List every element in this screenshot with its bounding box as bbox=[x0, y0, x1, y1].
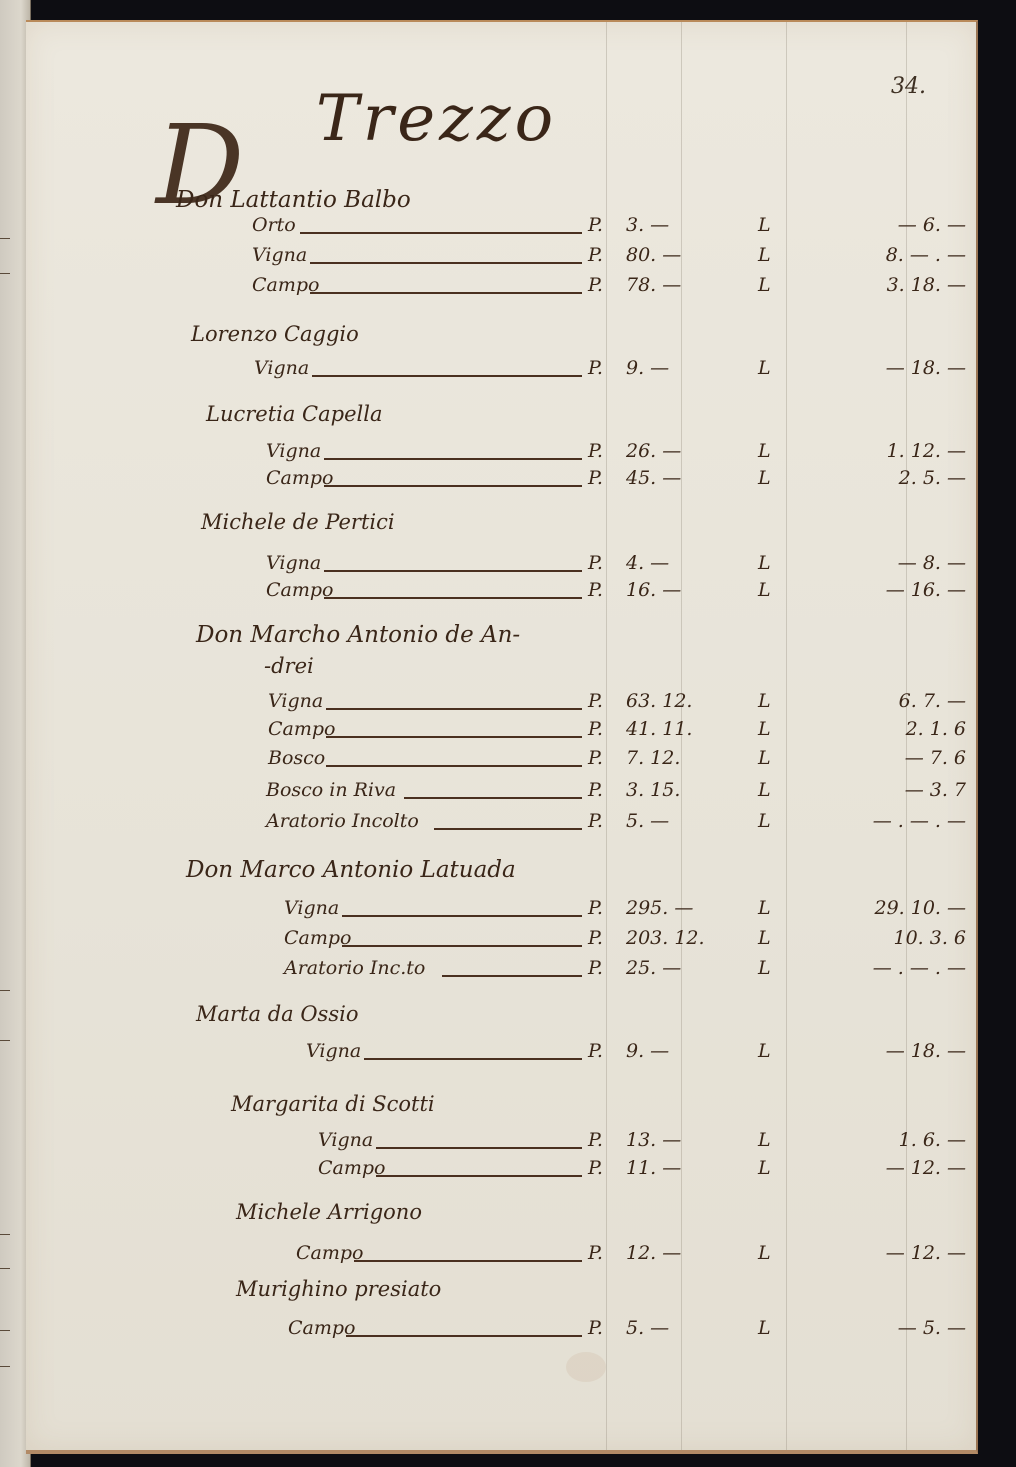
leader-line bbox=[434, 828, 582, 830]
facing-page-mark bbox=[0, 990, 10, 991]
area-amount: 12. — bbox=[626, 1242, 746, 1264]
leader-line bbox=[324, 485, 582, 487]
value-amount: 1. 6. — bbox=[816, 1129, 966, 1151]
lire-unit: L bbox=[758, 440, 771, 462]
facing-page-mark bbox=[0, 1366, 10, 1367]
pertiche-unit: P. bbox=[588, 552, 603, 574]
leader-line bbox=[442, 975, 582, 977]
land-type: Vigna bbox=[266, 552, 321, 574]
lire-unit: L bbox=[758, 1040, 771, 1062]
leader-line bbox=[310, 292, 582, 294]
pertiche-unit: P. bbox=[588, 1157, 603, 1179]
value-amount: — 8. — bbox=[816, 552, 966, 574]
area-amount: 45. — bbox=[626, 467, 746, 489]
value-amount: 29. 10. — bbox=[816, 897, 966, 919]
ledger-row: CampoP.12. —L— 12. — bbox=[26, 1242, 976, 1270]
area-amount: 26. — bbox=[626, 440, 746, 462]
land-type: Orto bbox=[252, 214, 296, 236]
value-amount: — 7. 6 bbox=[816, 747, 966, 769]
area-amount: 7. 12. bbox=[626, 747, 746, 769]
area-amount: 4. — bbox=[626, 552, 746, 574]
facing-page-mark bbox=[0, 238, 10, 239]
lire-unit: L bbox=[758, 1317, 771, 1339]
manuscript-page: 34. D Trezzo Don Lattantio BalboOrtoP.3.… bbox=[26, 20, 978, 1454]
leader-line bbox=[342, 915, 582, 917]
leader-line bbox=[354, 1260, 582, 1262]
ledger-row: CampoP.203. 12.L10. 3. 6 bbox=[26, 927, 976, 955]
facing-page-mark bbox=[0, 273, 10, 274]
leader-line bbox=[324, 570, 582, 572]
ledger-row: CampoP.16. —L— 16. — bbox=[26, 579, 976, 607]
area-amount: 16. — bbox=[626, 579, 746, 601]
land-type: Vigna bbox=[318, 1129, 373, 1151]
paper-stain bbox=[566, 1352, 606, 1382]
lire-unit: L bbox=[758, 810, 771, 832]
value-amount: — 5. — bbox=[816, 1317, 966, 1339]
owner-name: Don Marco Antonio Latuada bbox=[186, 857, 516, 883]
value-amount: — 12. — bbox=[816, 1242, 966, 1264]
land-type: Vigna bbox=[284, 897, 339, 919]
land-type: Vigna bbox=[254, 357, 309, 379]
pertiche-unit: P. bbox=[588, 440, 603, 462]
value-amount: — 16. — bbox=[816, 579, 966, 601]
value-amount: — 18. — bbox=[816, 1040, 966, 1062]
area-amount: 9. — bbox=[626, 357, 746, 379]
ledger-row: VignaP.4. —L— 8. — bbox=[26, 552, 976, 580]
leader-line bbox=[364, 1058, 582, 1060]
lire-unit: L bbox=[758, 718, 771, 740]
lire-unit: L bbox=[758, 214, 771, 236]
facing-page-mark bbox=[0, 1234, 10, 1235]
lire-unit: L bbox=[758, 957, 771, 979]
land-type: Aratorio Incolto bbox=[266, 810, 419, 832]
lire-unit: L bbox=[758, 1242, 771, 1264]
folio-number: 34. bbox=[891, 74, 926, 99]
pertiche-unit: P. bbox=[588, 1242, 603, 1264]
pertiche-unit: P. bbox=[588, 579, 603, 601]
land-type: Bosco bbox=[268, 747, 325, 769]
leader-line bbox=[326, 736, 582, 738]
land-type: Aratorio Inc.to bbox=[284, 957, 425, 979]
value-amount: — 18. — bbox=[816, 357, 966, 379]
ledger-row: VignaP.295. —L29. 10. — bbox=[26, 897, 976, 925]
facing-page-mark bbox=[0, 1268, 10, 1269]
area-amount: 9. — bbox=[626, 1040, 746, 1062]
value-amount: 8. — . — bbox=[816, 244, 966, 266]
lire-unit: L bbox=[758, 779, 771, 801]
value-amount: 2. 5. — bbox=[816, 467, 966, 489]
leader-line bbox=[324, 458, 582, 460]
lire-unit: L bbox=[758, 467, 771, 489]
ledger-row: OrtoP.3. —L— 6. — bbox=[26, 214, 976, 242]
area-amount: 203. 12. bbox=[626, 927, 746, 949]
owner-name: Michele Arrigono bbox=[236, 1200, 422, 1224]
leader-line bbox=[326, 765, 582, 767]
ledger-row: VignaP.63. 12.L6. 7. — bbox=[26, 690, 976, 718]
lire-unit: L bbox=[758, 897, 771, 919]
page-heading: Trezzo bbox=[316, 82, 557, 156]
ledger-row: VignaP.26. —L1. 12. — bbox=[26, 440, 976, 468]
pertiche-unit: P. bbox=[588, 1040, 603, 1062]
ledger-row: CampoP.11. —L— 12. — bbox=[26, 1157, 976, 1185]
ledger-row: Aratorio IncoltoP.5. —L— . — . — bbox=[26, 810, 976, 838]
value-amount: 6. 7. — bbox=[816, 690, 966, 712]
leader-line bbox=[310, 262, 582, 264]
pertiche-unit: P. bbox=[588, 897, 603, 919]
owner-name: Murighino presiato bbox=[236, 1277, 441, 1301]
area-amount: 5. — bbox=[626, 810, 746, 832]
pertiche-unit: P. bbox=[588, 690, 603, 712]
pertiche-unit: P. bbox=[588, 810, 603, 832]
pertiche-unit: P. bbox=[588, 357, 603, 379]
leader-line bbox=[346, 1335, 582, 1337]
value-amount: 3. 18. — bbox=[816, 274, 966, 296]
value-amount: 1. 12. — bbox=[816, 440, 966, 462]
owner-name-continuation: -drei bbox=[264, 654, 314, 678]
ledger-row: Bosco in RivaP.3. 15.L— 3. 7 bbox=[26, 779, 976, 807]
land-type: Vigna bbox=[266, 440, 321, 462]
area-amount: 5. — bbox=[626, 1317, 746, 1339]
lire-unit: L bbox=[758, 1129, 771, 1151]
value-amount: 10. 3. 6 bbox=[816, 927, 966, 949]
area-amount: 3. — bbox=[626, 214, 746, 236]
area-amount: 78. — bbox=[626, 274, 746, 296]
lire-unit: L bbox=[758, 552, 771, 574]
leader-line bbox=[300, 232, 582, 234]
facing-page-mark bbox=[0, 1040, 10, 1041]
leader-line bbox=[324, 597, 582, 599]
lire-unit: L bbox=[758, 244, 771, 266]
ledger-row: VignaP.9. —L— 18. — bbox=[26, 1040, 976, 1068]
leader-line bbox=[342, 945, 582, 947]
ledger-row: VignaP.9. —L— 18. — bbox=[26, 357, 976, 385]
lire-unit: L bbox=[758, 1157, 771, 1179]
pertiche-unit: P. bbox=[588, 1317, 603, 1339]
area-amount: 80. — bbox=[626, 244, 746, 266]
owner-name: Don Marcho Antonio de An- bbox=[196, 622, 520, 648]
land-type: Vigna bbox=[306, 1040, 361, 1062]
owner-name: Lucretia Capella bbox=[206, 402, 382, 426]
leader-line bbox=[376, 1147, 582, 1149]
owner-name: Marta da Ossio bbox=[196, 1002, 358, 1026]
ledger-row: CampoP.5. —L— 5. — bbox=[26, 1317, 976, 1345]
area-amount: 3. 15. bbox=[626, 779, 746, 801]
area-amount: 11. — bbox=[626, 1157, 746, 1179]
ledger-row: BoscoP.7. 12.L— 7. 6 bbox=[26, 747, 976, 775]
value-amount: — 12. — bbox=[816, 1157, 966, 1179]
value-amount: 2. 1. 6 bbox=[816, 718, 966, 740]
land-type: Bosco in Riva bbox=[266, 779, 396, 801]
leader-line bbox=[312, 375, 582, 377]
leader-line bbox=[404, 797, 582, 799]
ledger-row: CampoP.41. 11.L2. 1. 6 bbox=[26, 718, 976, 746]
owner-name: Michele de Pertici bbox=[201, 510, 395, 534]
owner-name: Lorenzo Caggio bbox=[191, 322, 359, 346]
pertiche-unit: P. bbox=[588, 927, 603, 949]
area-amount: 41. 11. bbox=[626, 718, 746, 740]
value-amount: — . — . — bbox=[816, 957, 966, 979]
land-type: Vigna bbox=[252, 244, 307, 266]
lire-unit: L bbox=[758, 579, 771, 601]
pertiche-unit: P. bbox=[588, 718, 603, 740]
pertiche-unit: P. bbox=[588, 747, 603, 769]
ledger-row: VignaP.13. —L1. 6. — bbox=[26, 1129, 976, 1157]
pertiche-unit: P. bbox=[588, 1129, 603, 1151]
ledger-row: Aratorio Inc.toP.25. —L— . — . — bbox=[26, 957, 976, 985]
pertiche-unit: P. bbox=[588, 467, 603, 489]
lire-unit: L bbox=[758, 747, 771, 769]
facing-page-mark bbox=[0, 1330, 10, 1331]
value-amount: — 6. — bbox=[816, 214, 966, 236]
ledger-row: CampoP.78. —L3. 18. — bbox=[26, 274, 976, 302]
land-type: Vigna bbox=[268, 690, 323, 712]
area-amount: 295. — bbox=[626, 897, 746, 919]
area-amount: 63. 12. bbox=[626, 690, 746, 712]
leader-line bbox=[376, 1175, 582, 1177]
pertiche-unit: P. bbox=[588, 957, 603, 979]
lire-unit: L bbox=[758, 357, 771, 379]
ledger-row: VignaP.80. —L8. — . — bbox=[26, 244, 976, 272]
lire-unit: L bbox=[758, 927, 771, 949]
area-amount: 25. — bbox=[626, 957, 746, 979]
owner-name: Margarita di Scotti bbox=[231, 1092, 435, 1116]
lire-unit: L bbox=[758, 274, 771, 296]
ledger-row: CampoP.45. —L2. 5. — bbox=[26, 467, 976, 495]
owner-name: Don Lattantio Balbo bbox=[176, 187, 411, 213]
value-amount: — 3. 7 bbox=[816, 779, 966, 801]
pertiche-unit: P. bbox=[588, 779, 603, 801]
pertiche-unit: P. bbox=[588, 274, 603, 296]
pertiche-unit: P. bbox=[588, 214, 603, 236]
pertiche-unit: P. bbox=[588, 244, 603, 266]
area-amount: 13. — bbox=[626, 1129, 746, 1151]
lire-unit: L bbox=[758, 690, 771, 712]
value-amount: — . — . — bbox=[816, 810, 966, 832]
leader-line bbox=[326, 708, 582, 710]
